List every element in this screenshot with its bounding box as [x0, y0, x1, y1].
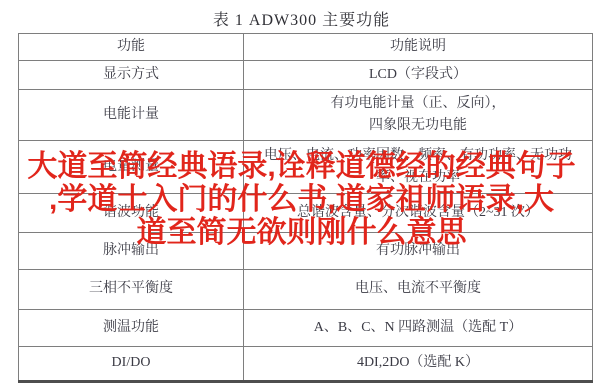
table-title: 表 1 ADW300 主要功能: [0, 7, 603, 30]
description-cell: LCD（字段式）: [244, 61, 593, 90]
function-cell: 脉冲输出: [19, 233, 244, 270]
description-cell: 电压、电流不平衡度: [244, 270, 593, 310]
header-cell-description: 功能说明: [244, 34, 593, 61]
table-header-row: 功能 功能说明: [19, 34, 593, 61]
description-cell: A、B、C、N 四路测温（选配 T）: [244, 310, 593, 347]
table-row: DI/DO 4DI,2DO（选配 K）: [19, 347, 593, 382]
table-row: 三相不平衡度 电压、电流不平衡度: [19, 270, 593, 310]
function-cell: 谐波功能: [19, 194, 244, 233]
table-row: 电量测量 电压、电流、功率因数、频率、有功功率、无功功 率、视在功率: [19, 141, 593, 194]
description-cell: 有功电能计量（正、反向）， 四象限无功电能: [244, 90, 593, 141]
function-cell: 电量测量: [19, 141, 244, 194]
header-cell-function: 功能: [19, 34, 244, 61]
function-cell: 电能计量: [19, 90, 244, 141]
document-page: 表 1 ADW300 主要功能 功能 功能说明 显示方式 LCD（字段式） 电能…: [0, 0, 603, 388]
function-table: 功能 功能说明 显示方式 LCD（字段式） 电能计量 有功电能计量（正、反向），…: [18, 33, 593, 383]
function-cell: 测温功能: [19, 310, 244, 347]
table-row: 测温功能 A、B、C、N 四路测温（选配 T）: [19, 310, 593, 347]
description-cell: 总谐波含量、分次谐波含量（2~31 次）: [244, 194, 593, 233]
function-cell: 显示方式: [19, 61, 244, 90]
table-row: 脉冲输出 有功脉冲输出: [19, 233, 593, 270]
function-cell: DI/DO: [19, 347, 244, 382]
table-row: 谐波功能 总谐波含量、分次谐波含量（2~31 次）: [19, 194, 593, 233]
description-cell: 有功脉冲输出: [244, 233, 593, 270]
table-row: 显示方式 LCD（字段式）: [19, 61, 593, 90]
description-cell: 4DI,2DO（选配 K）: [244, 347, 593, 382]
description-cell: 电压、电流、功率因数、频率、有功功率、无功功 率、视在功率: [244, 141, 593, 194]
function-cell: 三相不平衡度: [19, 270, 244, 310]
table-row: 电能计量 有功电能计量（正、反向）， 四象限无功电能: [19, 90, 593, 141]
